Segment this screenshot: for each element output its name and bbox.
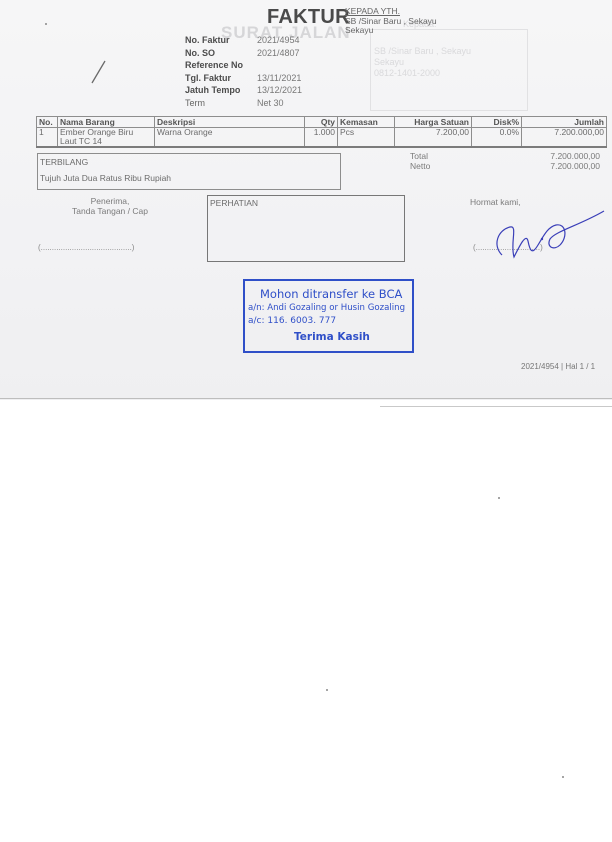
totals-block: Total7.200.000,00 Netto7.200.000,00 <box>410 151 600 171</box>
meta-row: Tgl. Faktur13/11/2021 <box>185 72 302 85</box>
netto-label: Netto <box>410 161 430 171</box>
col-header-no: No. <box>37 117 58 128</box>
ghost-recipient-box: Kepada: SB /Sinar Baru , Sekayu Sekayu 0… <box>370 29 528 111</box>
total-row: Total7.200.000,00 <box>410 151 600 161</box>
ghost-line: SB /Sinar Baru , Sekayu <box>374 46 471 56</box>
meta-value: 2021/4954 <box>257 34 300 47</box>
cell-jumlah: 7.200.000,00 <box>522 128 607 148</box>
terbilang-box: TERBILANG Tujuh Juta Dua Ratus Ribu Rupi… <box>37 153 341 190</box>
total-value: 7.200.000,00 <box>550 151 600 161</box>
meta-row: No. SO2021/4807 <box>185 47 302 60</box>
recipient-block: KEPADA YTH. SB /Sinar Baru , Sekayu Seka… <box>345 7 437 36</box>
document-title: FAKTUR <box>267 6 350 29</box>
meta-label: Reference No <box>185 59 257 72</box>
recipient-line2: Sekayu <box>345 26 437 36</box>
cell-disk: 0.0% <box>472 128 522 148</box>
cell-qty: 1.000 <box>305 128 338 148</box>
cell-harga-satuan: 7.200,00 <box>395 128 472 148</box>
meta-label: Term <box>185 97 257 110</box>
items-table: No. Nama Barang Deskripsi Qty Kemasan Ha… <box>36 116 607 148</box>
ghost-line: Sekayu <box>374 57 404 67</box>
receiver-line1: Penerima, <box>40 196 180 206</box>
meta-row: No. Faktur2021/4954 <box>185 34 302 47</box>
speck <box>326 689 328 691</box>
col-header-deskripsi: Deskripsi <box>155 117 305 128</box>
table-row: 1 Ember Orange Biru Laut TC 14 Warna Ora… <box>37 128 607 148</box>
cell-no: 1 <box>37 128 58 148</box>
speck <box>562 776 564 778</box>
page-edge <box>0 398 612 399</box>
col-header-disk: Disk% <box>472 117 522 128</box>
cell-deskripsi: Warna Orange <box>155 128 305 148</box>
col-header-qty: Qty <box>305 117 338 128</box>
total-label: Total <box>410 151 428 161</box>
pen-mark-icon <box>85 55 115 90</box>
meta-value: 2021/4807 <box>257 47 300 60</box>
meta-label: No. SO <box>185 47 257 60</box>
page-edge-shadow <box>380 406 612 407</box>
receiver-line2: Tanda Tangan / Cap <box>40 206 180 216</box>
stamp-line2: a/n: Andi Gozaling or Husin Gozaling <box>248 303 405 313</box>
meta-value: Net 30 <box>257 97 284 110</box>
page-info: 2021/4954 | Hal 1 / 1 <box>521 362 595 371</box>
meta-value: 13/11/2021 <box>257 72 301 85</box>
netto-value: 7.200.000,00 <box>550 161 600 171</box>
netto-row: Netto7.200.000,00 <box>410 161 600 171</box>
meta-row: TermNet 30 <box>185 97 302 110</box>
speck <box>498 497 500 499</box>
meta-label: Jatuh Tempo <box>185 84 257 97</box>
table-header-row: No. Nama Barang Deskripsi Qty Kemasan Ha… <box>37 117 607 128</box>
col-header-nama-barang: Nama Barang <box>58 117 155 128</box>
meta-row: Reference No <box>185 59 302 72</box>
cell-kemasan: Pcs <box>338 128 395 148</box>
col-header-harga-satuan: Harga Satuan <box>395 117 472 128</box>
stamp-line3: a/c: 116. 6003. 777 <box>248 316 336 326</box>
ghost-line: 0812-1401-2000 <box>374 68 440 78</box>
meta-value: 13/12/2021 <box>257 84 302 97</box>
cell-nama-barang: Ember Orange Biru Laut TC 14 <box>58 128 155 148</box>
col-header-kemasan: Kemasan <box>338 117 395 128</box>
perhatian-label: PERHATIAN <box>210 198 258 208</box>
terbilang-label: TERBILANG <box>40 157 88 167</box>
terbilang-text: Tujuh Juta Dua Ratus Ribu Rupiah <box>40 173 171 183</box>
receiver-signature-line: (.......................................… <box>38 243 134 252</box>
col-header-jumlah: Jumlah <box>522 117 607 128</box>
perhatian-box: PERHATIAN <box>207 195 405 262</box>
stamp-line4: Terima Kasih <box>294 331 370 343</box>
meta-label: Tgl. Faktur <box>185 72 257 85</box>
bank-transfer-stamp: Mohon ditransfer ke BCA a/n: Andi Gozali… <box>243 279 414 353</box>
stamp-line1: Mohon ditransfer ke BCA <box>260 287 402 301</box>
meta-row: Jatuh Tempo13/12/2021 <box>185 84 302 97</box>
invoice-meta: No. Faktur2021/4954 No. SO2021/4807 Refe… <box>185 34 302 110</box>
handwritten-signature-icon <box>470 205 610 265</box>
meta-label: No. Faktur <box>185 34 257 47</box>
receiver-block: Penerima, Tanda Tangan / Cap <box>40 196 180 216</box>
speck <box>45 23 47 25</box>
